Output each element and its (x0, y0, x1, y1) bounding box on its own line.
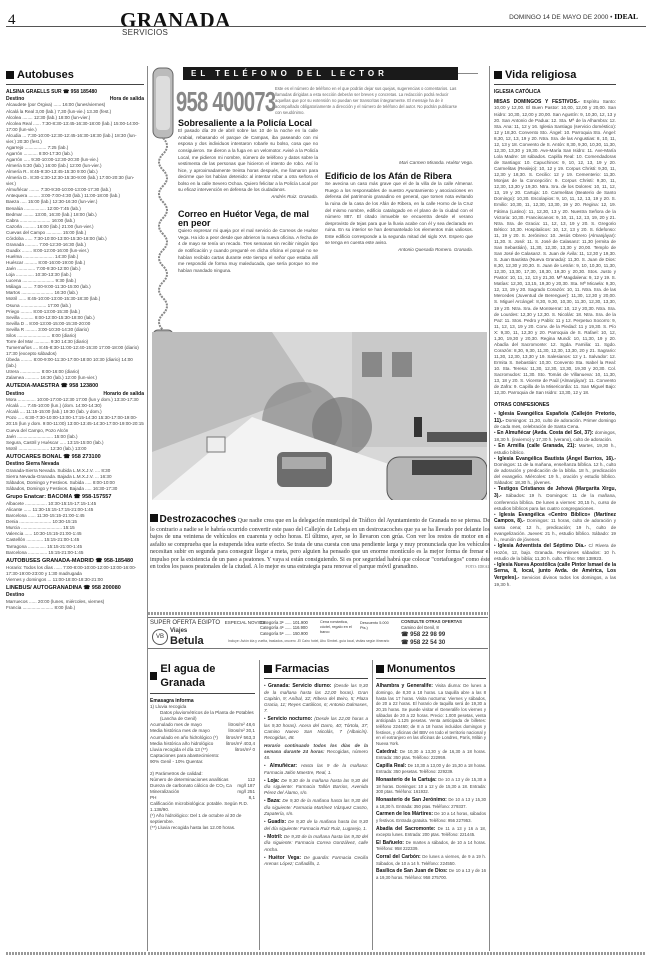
pharmacy-entry: Horario continuado todos los días de la … (264, 743, 368, 761)
section-square-icon (150, 672, 157, 680)
article-body: El pasado día 29 de abril sobre las 10 d… (178, 128, 318, 193)
monument-entry: Catedral: De 10,30 a 13,30 y de 16,30 a … (376, 749, 486, 761)
religion-heading: Vida religiosa (494, 68, 616, 85)
otras-label: OTRAS CONFESIONES (494, 402, 616, 409)
ad-contact: CONSULTE OTRAS OFERTAS Camino del Genil,… (401, 619, 462, 647)
destrozacoches-caption: Destrozacoches Que nadie crea que en la … (150, 514, 490, 572)
bus-company-5: AUTOBUSES GRANADA-MADRID ☎ 958-185480 Ho… (6, 558, 144, 583)
section-square-icon (494, 71, 502, 79)
divider-hatch (148, 612, 488, 615)
rain-row: Lluvia recogida el día 13 (**)litros/m² … (150, 747, 255, 753)
street-photo (152, 332, 487, 500)
ad-headline: SUPER OFERTA EGIPTO (150, 620, 220, 626)
pharmacy-entry: • Huétor Vega: De guardia: Farmacia Ceci… (264, 855, 368, 868)
bottom-hatch (6, 952, 146, 955)
separator: • (610, 14, 612, 21)
header-rule (6, 26, 646, 27)
monument-entry: Monasterio de la Cartuja: De 10 a 13 y d… (376, 777, 486, 795)
confession-entry: • Iglesia Evangélica Bautista (Ángel Bar… (494, 456, 616, 487)
column-divider (372, 660, 373, 950)
agua-column: El agua de Granada Emasagra informa 1) L… (150, 662, 255, 831)
header-date: DOMINGO 14 DE MAYO DE 2000 • IDEAL (509, 12, 638, 22)
farmacias-heading: Farmacias (264, 662, 368, 679)
paper-name: IDEAL (614, 12, 638, 21)
column-divider (147, 66, 148, 951)
date-text: DOMINGO 14 DE MAYO DE 2000 (509, 14, 608, 21)
bus-company-2: AUTEDIA-MAESTRA ☎ 958 123800 DestinoHora… (6, 383, 144, 451)
monumentos-heading: Monumentos (376, 662, 486, 679)
ad-fine-print: Incluye: Avión ida y vuelta, traslados, … (228, 639, 403, 643)
article-title: Edificio de los Afán de Ribera (325, 172, 473, 181)
ad-brand: Betula (170, 634, 204, 648)
confession-entry: • Iglesia Evangélica Española (Callejón … (494, 411, 616, 430)
article-body: Quiero expresar mi queja por el mal serv… (178, 228, 318, 274)
bus-company-6: LINEBUS/ AUTOGRANADINA ☎ 958 200080 Dest… (6, 585, 144, 611)
confession-entry: • Iglesia Adventista del Séptimo Día.- C… (494, 543, 616, 562)
agua-heading: El agua de Granada (150, 662, 255, 694)
pharmacy-entry: • Granada: Servicio diurno: (Desde las 9… (264, 683, 368, 714)
banner-rule (458, 73, 478, 74)
religion-column: Vida religiosa IGLESIA CATÓLICA MISAS DO… (494, 68, 616, 588)
reader-phone-note: Este es el número de teléfono en el que … (275, 86, 460, 116)
bus-company-3: AUTOCARES BONAL ☎ 958 273100 Destino Sie… (6, 454, 144, 492)
pharmacy-entry: • Baza: De 9,30 de la mañana hasta las 9… (264, 798, 368, 817)
article-signature: Mari Carmen Miranda. Huétor Vega. (399, 160, 473, 166)
article-policia: Sobresaliente a la Policía Local El pasa… (178, 119, 318, 274)
farmacias-column: Farmacias • Granada: Servicio diurno: (D… (264, 662, 368, 869)
ad-price-list: Categoría 3ª ...... 101.900 Categoría 4ª… (260, 620, 308, 636)
section-square-icon (150, 514, 158, 522)
caption-keyword: Destrozacoches (160, 514, 237, 525)
monument-entry: Abadía del Sacromonte: De 11 a 13 y 16 a… (376, 826, 486, 838)
article-title: Sobresaliente a la Policía Local (178, 119, 318, 128)
confession-entry: • En Almuñécar (Avda. Costa del Sol, 37)… (494, 430, 616, 443)
confession-entry: • En Armilla (calle Granada, 21): Martes… (494, 443, 616, 456)
autobuses-column: Autobuses ALSINA GRAELLS SUR ☎ 958 18548… (6, 68, 144, 611)
autobuses-heading: Autobuses (6, 68, 144, 85)
article-signature: Antonio Quesada Romero. Granada. (325, 247, 473, 253)
misas-text: Espíritu Santo: 10,00 y 12,00. El Buen P… (494, 99, 616, 396)
confession-entry: • Iglesia Evangélica «Centro Bíblico» (M… (494, 512, 616, 543)
monument-entry: Capilla Real: De 10,30 a 13,00 y de 15,3… (376, 763, 486, 775)
article-body: Se avecina un caso más grave que el de l… (325, 181, 473, 246)
travel-advertisement[interactable]: SUPER OFERTA EGIPTO ESPECIAL NOVIOS VB V… (148, 617, 488, 649)
section-square-icon (6, 71, 14, 79)
bus-company-1: ALSINA GRAELLS SUR ☎ 958 185480 DestinoH… (6, 89, 144, 381)
phone-icon: ☎ 958 185480 (63, 89, 97, 95)
misas-label: MISAS DOMINGOS Y FESTIVOS.- (494, 99, 580, 105)
monumentos-column: Monumentos Alhambra y Generalife: Visita… (376, 662, 486, 883)
pharmacy-entry: • Guadix: De 9,30 de la mañana hasta las… (264, 819, 368, 832)
telefono-lector-banner: EL TELÉFONO DEL LECTOR (183, 67, 458, 80)
photo-credit: FOTO: IDEAL (466, 564, 490, 569)
ad-gift: Descuento 5.000 Pts.) (360, 621, 395, 631)
monument-entry: Basílica de San Juan de Dios: De 10 a 13… (376, 868, 486, 880)
section-square-icon (264, 665, 272, 673)
monument-entry: Monasterio de San Jerónimo: De 10 a 13 y… (376, 797, 486, 809)
subsection-title: SERVICIOS (122, 28, 168, 38)
column-divider (259, 660, 260, 950)
monument-entry: El Bañuelo: De martes a sábados, de 10 a… (376, 840, 486, 852)
pharmacy-entry: • Almuñécar: Hasta las 9 de la mañana: F… (264, 763, 368, 776)
confession-entry: • Testigos Cristianos de Jehová (Margari… (494, 486, 616, 511)
article-signature: Andrés Ruiz. Granada. (178, 194, 318, 200)
reader-phone-number: 958 400073 (176, 84, 275, 120)
religion-subtitle: IGLESIA CATÓLICA (494, 89, 616, 96)
caption-text: Que nadie crea que en la delegación muni… (150, 518, 490, 570)
pharmacy-entry: • Servicio nocturno: (Desde las 22,00 ho… (264, 716, 368, 741)
pharmacy-entry: • Motril: De 9,30 de la mañana hasta las… (264, 834, 368, 853)
section-square-icon (376, 665, 384, 673)
column-divider (489, 66, 490, 951)
page-number: 4 (8, 11, 16, 31)
monument-entry: Carmen de los Mártires: De 10 a 14 horas… (376, 811, 486, 823)
monument-entry: Alhambra y Generalife: Visita diurna: De… (376, 683, 486, 746)
article-title: Correo en Huétor Vega, de mal en peor (178, 210, 318, 229)
ad-note: Cena romántica, cóctel, regalo en el bar… (320, 620, 355, 635)
pharmacy-entry: • Loja: De 9,30 de la mañana hasta las 9… (264, 778, 368, 797)
confession-entry: • Iglesia Nueva Apostólica (calle Pintor… (494, 562, 616, 588)
article-edificio: Mari Carmen Miranda. Huétor Vega. Edific… (325, 172, 473, 253)
bottom-hatch (148, 952, 646, 955)
betula-logo-icon: VB (152, 629, 168, 645)
monument-entry: Corral del Carbón: De lunes a viernes, d… (376, 854, 486, 866)
bus-company-4: Grupo Enatcar: BACOMA ☎ 958-157557 Albac… (6, 494, 144, 556)
